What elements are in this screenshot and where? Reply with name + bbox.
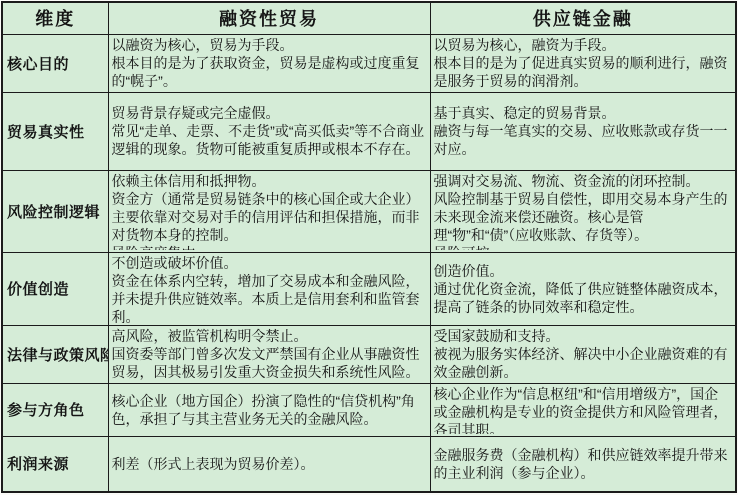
cell-text: 贸易背景存疑或完全虚假。 常见“走单、走票、不走货”或“高买低卖”等不合商业逻辑… (112, 104, 427, 158)
header-dimension: 维度 (2, 2, 108, 34)
supply-chain-finance-cell: 强调对交易流、物流、资金流的闭环控制。 风险控制基于贸易自偿性，即用交易本身产生… (430, 170, 736, 252)
table-row: 价值创造 不创造或破坏价值。 资金在体系内空转，增加了交易成本和金融风险，并未提… (2, 252, 736, 325)
supply-chain-finance-cell: 创造价值。 通过优化资金流，降低了供应链整体融资成本，提高了链条的协同效率和稳定… (430, 252, 736, 325)
table-row: 风险控制逻辑 依赖主体信用和抵押物。 资金方（通常是贸易链条中的核心国企或大企业… (2, 170, 736, 252)
row-label: 利润来源 (2, 436, 108, 492)
financing-trade-cell: 以融资为核心，贸易为手段。 根本目的是为了获取资金，贸易是虚构或过度重复的“幌子… (108, 34, 430, 92)
header-supply-chain-finance: 供应链金融 (430, 2, 736, 34)
cell-text: 金融服务费（金融机构）和供应链效率提升带来的主业利润（参与企业）。 (434, 446, 733, 482)
cell-text: 高风险，被监管机构明令禁止。 国资委等部门曾多次发文严禁国有企业从事融资性贸易，… (112, 327, 427, 381)
row-label: 核心目的 (2, 34, 108, 92)
cell-text: 受国家鼓励和支持。 被视为服务实体经济、解决中小企业融资难的有效金融创新。 (434, 327, 733, 381)
cell-text: 强调对交易流、物流、资金流的闭环控制。 风险控制基于贸易自偿性，即用交易本身产生… (434, 172, 733, 250)
supply-chain-finance-cell: 基于真实、稳定的贸易背景。 融资与每一笔真实的交易、应收账款或存货一一对应。 (430, 92, 736, 170)
row-label: 参与方角色 (2, 383, 108, 436)
table-row: 法律与政策风险 高风险，被监管机构明令禁止。 国资委等部门曾多次发文严禁国有企业… (2, 325, 736, 383)
financing-trade-cell: 依赖主体信用和抵押物。 资金方（通常是贸易链条中的核心国企或大企业）主要依靠对交… (108, 170, 430, 252)
row-label: 法律与政策风险 (2, 325, 108, 383)
cell-text: 核心企业（地方国企）扮演了隐性的“信贷机构”角色，承担了与其主营业务无关的金融风… (112, 392, 427, 428)
financing-trade-cell: 利差（形式上表现为贸易价差）。 (108, 436, 430, 492)
cell-text: 基于真实、稳定的贸易背景。 融资与每一笔真实的交易、应收账款或存货一一对应。 (434, 104, 733, 158)
cell-text: 利差（形式上表现为贸易价差）。 (112, 455, 427, 473)
comparison-table-screen: 维度 融资性贸易 供应链金融 核心目的 以融资为核心，贸易为手段。 根本目的是为… (0, 0, 738, 495)
comparison-table: 维度 融资性贸易 供应链金融 核心目的 以融资为核心，贸易为手段。 根本目的是为… (1, 1, 737, 493)
supply-chain-finance-cell: 核心企业作为“信息枢纽”和“信用增级方”，国企或金融机构是专业的资金提供方和风险… (430, 383, 736, 436)
financing-trade-cell: 高风险，被监管机构明令禁止。 国资委等部门曾多次发文严禁国有企业从事融资性贸易，… (108, 325, 430, 383)
cell-text: 创造价值。 通过优化资金流，降低了供应链整体融资成本，提高了链条的协同效率和稳定… (434, 262, 733, 316)
table-row: 核心目的 以融资为核心，贸易为手段。 根本目的是为了获取资金，贸易是虚构或过度重… (2, 34, 736, 92)
supply-chain-finance-cell: 以贸易为核心，融资为手段。 根本目的是为了促进真实贸易的顺利进行，融资是服务于贸… (430, 34, 736, 92)
header-financing-trade: 融资性贸易 (108, 2, 430, 34)
supply-chain-finance-cell: 金融服务费（金融机构）和供应链效率提升带来的主业利润（参与企业）。 (430, 436, 736, 492)
table-row: 参与方角色 核心企业（地方国企）扮演了隐性的“信贷机构”角色，承担了与其主营业务… (2, 383, 736, 436)
financing-trade-cell: 不创造或破坏价值。 资金在体系内空转，增加了交易成本和金融风险，并未提升供应链效… (108, 252, 430, 325)
header-row: 维度 融资性贸易 供应链金融 (2, 2, 736, 34)
cell-text: 以贸易为核心，融资为手段。 根本目的是为了促进真实贸易的顺利进行，融资是服务于贸… (434, 36, 733, 90)
cell-text: 以融资为核心，贸易为手段。 根本目的是为了获取资金，贸易是虚构或过度重复的“幌子… (112, 36, 427, 90)
row-label: 价值创造 (2, 252, 108, 325)
cell-text: 不创造或破坏价值。 资金在体系内空转，增加了交易成本和金融风险，并未提升供应链效… (112, 254, 427, 323)
cell-text: 核心企业作为“信息枢纽”和“信用增级方”，国企或金融机构是专业的资金提供方和风险… (434, 385, 733, 434)
financing-trade-cell: 核心企业（地方国企）扮演了隐性的“信贷机构”角色，承担了与其主营业务无关的金融风… (108, 383, 430, 436)
row-label: 贸易真实性 (2, 92, 108, 170)
table-row: 贸易真实性 贸易背景存疑或完全虚假。 常见“走单、走票、不走货”或“高买低卖”等… (2, 92, 736, 170)
cell-text: 依赖主体信用和抵押物。 资金方（通常是贸易链条中的核心国企或大企业）主要依靠对交… (112, 172, 427, 250)
row-label: 风险控制逻辑 (2, 170, 108, 252)
table-row: 利润来源 利差（形式上表现为贸易价差）。 金融服务费（金融机构）和供应链效率提升… (2, 436, 736, 492)
supply-chain-finance-cell: 受国家鼓励和支持。 被视为服务实体经济、解决中小企业融资难的有效金融创新。 (430, 325, 736, 383)
financing-trade-cell: 贸易背景存疑或完全虚假。 常见“走单、走票、不走货”或“高买低卖”等不合商业逻辑… (108, 92, 430, 170)
